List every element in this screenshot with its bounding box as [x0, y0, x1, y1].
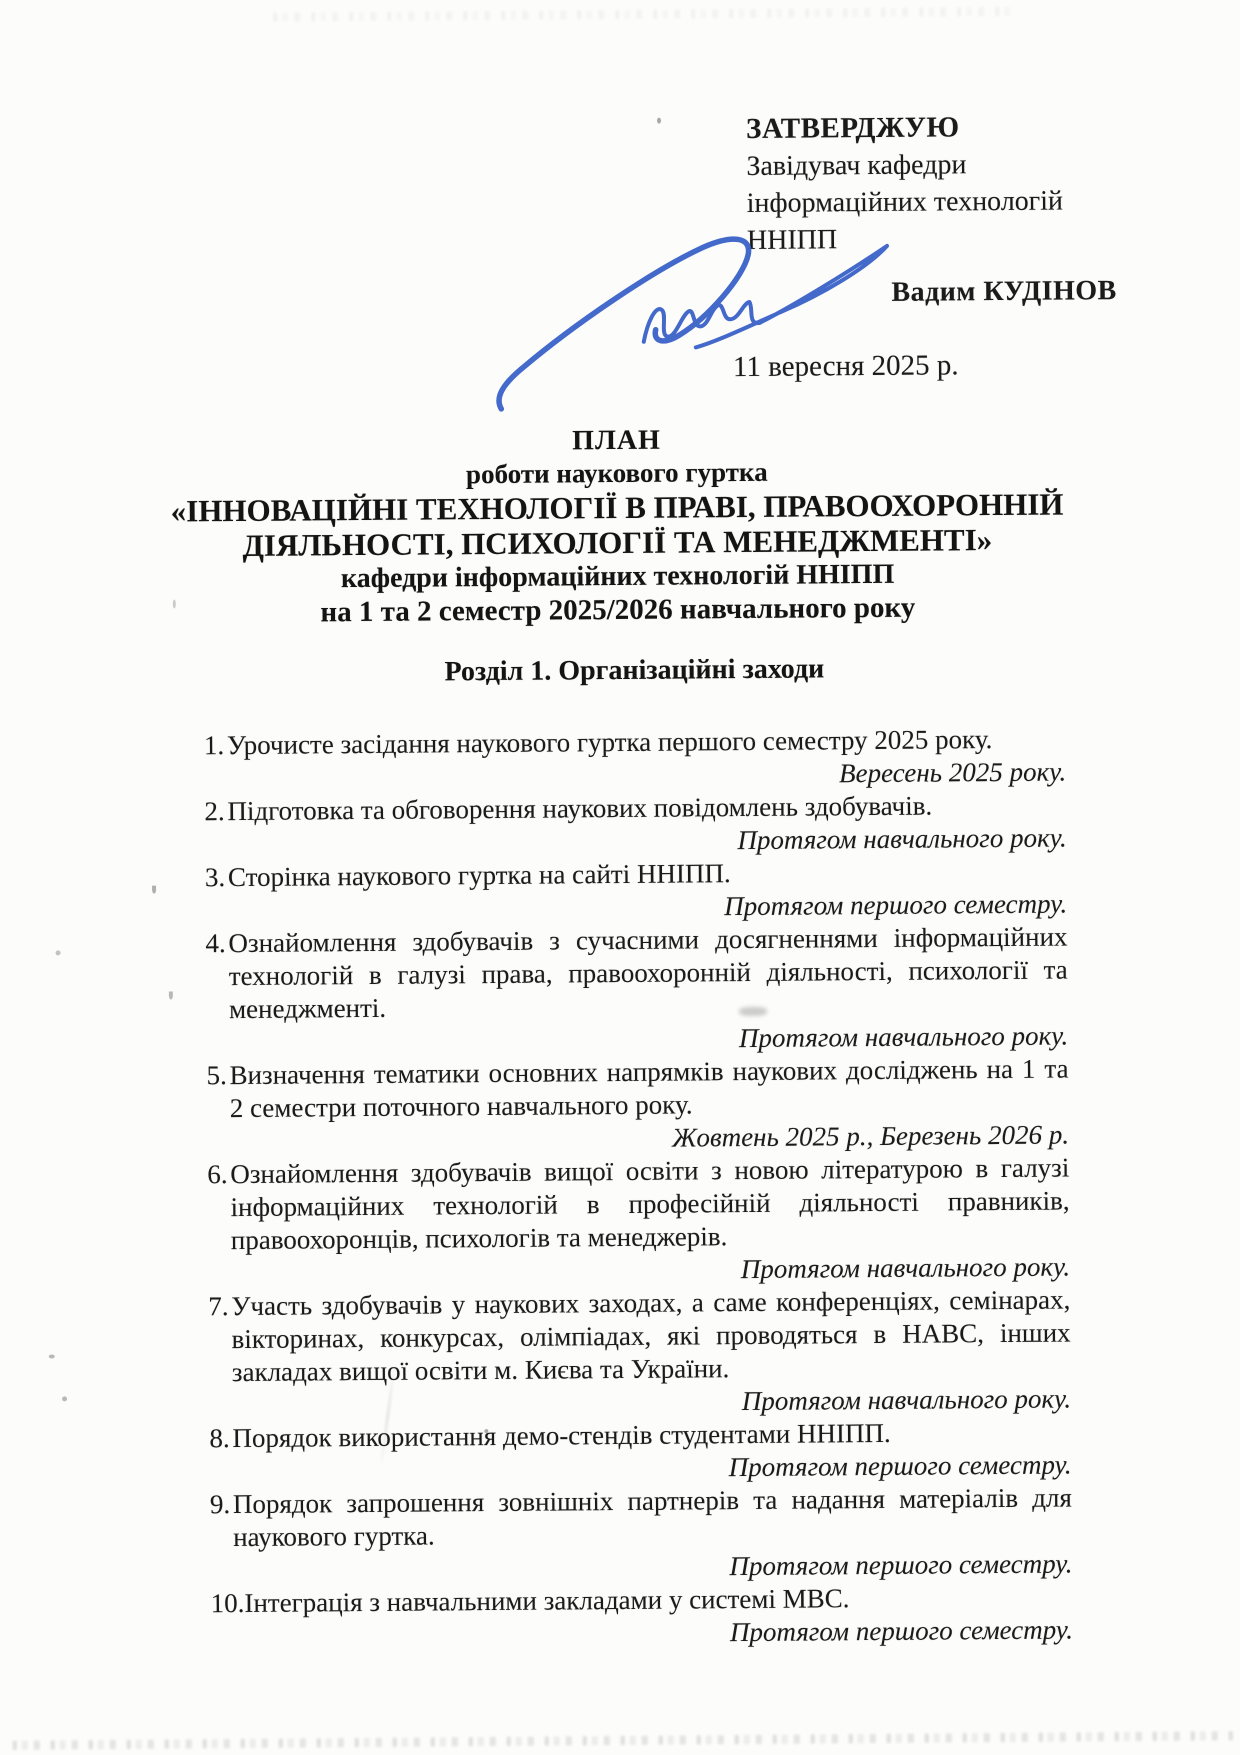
document-title: ПЛАН роботи наукового гуртка «ІННОВАЦІЙН…: [146, 420, 1088, 630]
scan-speck: [173, 599, 176, 608]
plan-item-number: 7.: [208, 1290, 231, 1323]
plan-item-text: Сторінка наукового гуртка на сайті ННІПП…: [228, 858, 731, 892]
approver-title-line: Завідувач кафедри: [746, 146, 1063, 185]
plan-item-number: 6.: [207, 1158, 230, 1191]
approver-name: Вадим КУДІНОВ: [891, 275, 1117, 309]
plan-item: 9.Порядок запрошення зовнішніх партнерів…: [210, 1481, 1073, 1587]
plan-item: 7.Участь здобувачів у наукових заходах, …: [208, 1283, 1071, 1422]
scan-speck: [56, 950, 61, 955]
plan-item-number: 4.: [205, 927, 228, 960]
scan-speck: [484, 1429, 488, 1433]
approver-title-line: ННІПП: [747, 219, 1064, 258]
plan-item-schedule: Протягом навчального року.: [205, 821, 1067, 861]
plan-item: 10.Інтеграція з навчальними закладами у …: [211, 1580, 1073, 1653]
plan-item: 4.Ознайомлення здобувачів з сучасними до…: [205, 920, 1068, 1059]
approver-title-line: інформаційних технологій: [747, 183, 1064, 222]
plan-item-schedule: Протягом першого семестру.: [210, 1547, 1072, 1587]
plan-item: 3.Сторінка наукового гуртка на сайті ННІ…: [205, 854, 1067, 927]
title-name-line2: ДІЯЛЬНОСТІ, ПСИХОЛОГІЇ ТА МЕНЕДЖМЕНТІ»: [147, 521, 1087, 563]
plan-item-text: Участь здобувачів у наукових заходах, а …: [231, 1284, 1070, 1387]
scan-bleed-bottom: [13, 1731, 1237, 1750]
plan-item-text: Інтеграція з навчальними закладами у сис…: [244, 1583, 849, 1618]
plan-item-schedule: Протягом навчального року.: [209, 1382, 1071, 1422]
plan-item-text: Порядок використання демо-стендів студен…: [232, 1418, 891, 1453]
scan-speck: [62, 1396, 67, 1401]
plan-item-schedule: Протягом першого семестру.: [211, 1613, 1073, 1653]
plan-item-text: Урочисте засідання наукового гуртка перш…: [227, 724, 993, 760]
approval-stamp: ЗАТВЕРДЖУЮ: [746, 109, 1063, 148]
plan-item-number: 8.: [209, 1422, 232, 1455]
plan-item-number: 9.: [210, 1488, 233, 1521]
plan-item-text: Порядок запрошення зовнішніх партнерів т…: [233, 1482, 1072, 1552]
plan-item: 5.Визначення тематики основних напрямків…: [206, 1052, 1069, 1158]
plan-item-text: Підготовка та обговорення наукових повід…: [227, 791, 932, 827]
scan-speck: [657, 118, 661, 124]
plan-item-number: 3.: [205, 861, 228, 894]
plan-item-text: Ознайомлення здобувачів вищої освіти з н…: [230, 1152, 1069, 1255]
approval-block: ЗАТВЕРДЖУЮ Завідувач кафедри інформаційн…: [746, 109, 1063, 259]
plan-item-text: Ознайомлення здобувачів з сучасними дося…: [228, 921, 1067, 1024]
scan-speck: [152, 886, 156, 894]
title-period: на 1 та 2 семестр 2025/2026 навчального …: [148, 589, 1088, 630]
plan-item-text: Визначення тематики основних напрямків н…: [229, 1053, 1068, 1123]
scan-smudge: [739, 1007, 767, 1016]
plan-item: 6.Ознайомлення здобувачів вищої освіти з…: [207, 1151, 1070, 1290]
plan-items-list: 1.Урочисте засідання наукового гуртка пе…: [204, 722, 1073, 1653]
plan-item: 8.Порядок використання демо-стендів студ…: [209, 1415, 1071, 1488]
section-heading: Розділ 1. Організаційні заходи: [203, 651, 1065, 690]
scanned-document-page: ЗАТВЕРДЖУЮ Завідувач кафедри інформаційн…: [0, 0, 1240, 1755]
plan-item-number: 10.: [211, 1587, 245, 1620]
plan-item: 1.Урочисте засідання наукового гуртка пе…: [204, 722, 1066, 795]
scan-speck: [169, 992, 173, 1000]
scan-speck: [49, 1354, 55, 1358]
scan-bleed-top: [273, 7, 1013, 22]
plan-item-number: 1.: [204, 729, 227, 762]
plan-item-number: 2.: [204, 795, 227, 828]
plan-item-schedule: Вересень 2025 року.: [204, 755, 1066, 795]
plan-item: 2.Підготовка та обговорення наукових пов…: [204, 788, 1066, 861]
plan-item-number: 5.: [206, 1059, 229, 1092]
approval-date: 11 вересня 2025 р.: [733, 349, 959, 384]
